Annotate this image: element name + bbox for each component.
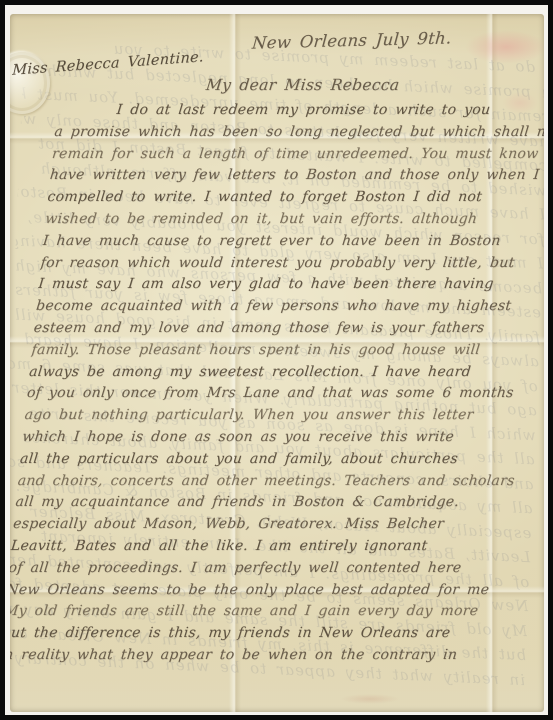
letter-line: compelled to write. I wanted to forget B… [46, 187, 544, 209]
letter-line: become acquainted with a few persons who… [35, 296, 544, 318]
letter-paper: I do at last redeem my promise to write … [10, 14, 544, 712]
letter-body: I do at last redeem my promise to write … [10, 100, 544, 667]
letter-line: wished to be reminded on it, but vain ef… [44, 209, 544, 231]
letter-line: family. Those pleasant hours spent in hi… [30, 340, 544, 362]
letter-line: I must say I am also very glad to have b… [37, 274, 544, 296]
photo-frame: I do at last redeem my promise to write … [0, 0, 553, 720]
letter-line: esteem and my love and among those few i… [33, 318, 544, 340]
letter-line: I have much cause to regrett ever to hav… [42, 231, 544, 253]
letter-line: remain for such a length of time unredee… [51, 144, 544, 166]
scan-background: I do at last redeem my promise to write … [5, 5, 548, 715]
letter-line: have written very few letters to Boston … [49, 165, 544, 187]
letter-line: ago but nothing particularly. When you a… [23, 405, 539, 427]
letter-line: a promise which has been so long neglect… [53, 122, 544, 144]
letter-line: of all the proceedings. I am perfectly w… [10, 558, 524, 580]
letter-line: of you only once from Mrs Lane and that … [26, 383, 542, 405]
letter-salutation: My dear Miss Rebecca [205, 76, 400, 94]
letter-line: Leavitt, Bates and all the like. I am en… [10, 536, 526, 558]
letter-line: always be among my sweetest recollection… [28, 362, 544, 384]
letter-dateline: New Orleans July 9th. [251, 28, 452, 52]
letter-line: My old friends are still the same and I … [10, 601, 519, 623]
letter-line: all the particulars about you and family… [19, 449, 535, 471]
letter-line: but the difference is this, my friends i… [10, 623, 517, 645]
letter-line: in reality what they appear to be when o… [10, 645, 515, 667]
letter-line: I do at last redeem my promise to write … [55, 100, 544, 122]
letter-line: for reason which would interest you prob… [39, 253, 544, 275]
letter-line: which I hope is done as soon as you rece… [21, 427, 537, 449]
letter-line: New Orleans seems to be the only place b… [10, 580, 521, 602]
letter-line: especially about Mason, Webb, Greatorex.… [12, 514, 528, 536]
letter-line: and choirs, concerts and other meetings.… [17, 471, 533, 493]
letter-line: all my acquaintance and friends in Bosto… [14, 492, 530, 514]
